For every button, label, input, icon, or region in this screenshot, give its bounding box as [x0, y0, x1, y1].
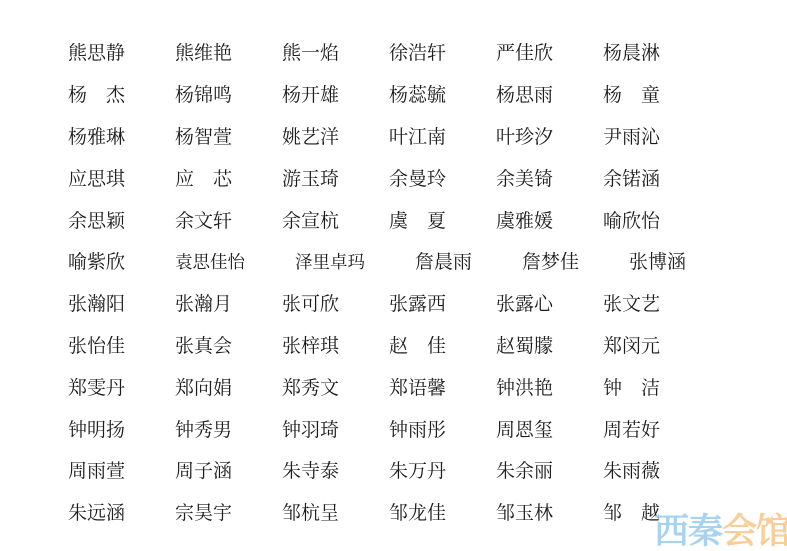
name-row: 应思琪 应 芯 游玉琦 余曼玲 余美锜 余锘涵: [0, 158, 787, 200]
name-cell: 宗昊宇: [175, 504, 232, 523]
name-cell: 张瀚阳: [68, 295, 125, 314]
name-cell: 杨雅琳: [68, 128, 125, 147]
name-row: 余思颖 余文轩 余宣杭 虞 夏 虞雅媛 喻欣怡: [0, 200, 787, 242]
name-cell: 钟雨彤: [389, 421, 446, 440]
name-cell: 应思琪: [68, 170, 125, 189]
name-cell: 袁思佳怡: [175, 254, 245, 272]
name-cell: 张露心: [496, 295, 553, 314]
name-row: 喻紫欣 袁思佳怡 泽里卓玛 詹晨雨 詹梦佳 张博涵: [0, 242, 787, 284]
name-cell: 钟明扬: [68, 421, 125, 440]
watermark: 西秦会馆: [654, 514, 787, 549]
name-cell: 邹 越: [603, 504, 660, 523]
name-cell: 熊一焰: [282, 44, 339, 63]
name-cell: 钟 洁: [603, 379, 660, 398]
name-cell: 朱余丽: [496, 462, 553, 481]
name-cell: 周雨萱: [68, 462, 125, 481]
name-cell: 应 芯: [175, 170, 232, 189]
name-cell: 钟羽琦: [282, 421, 339, 440]
name-cell: 喻欣怡: [603, 212, 660, 231]
name-cell: 杨思雨: [496, 86, 553, 105]
name-cell: 严佳欣: [496, 44, 553, 63]
name-cell: 杨 童: [603, 86, 660, 105]
name-cell: 叶珍汐: [496, 128, 553, 147]
name-cell: 余思颖: [68, 212, 125, 231]
name-cell: 余文轩: [175, 212, 232, 231]
name-cell: 郑向娟: [175, 379, 232, 398]
name-cell: 邹玉林: [496, 504, 553, 523]
name-cell: 杨 杰: [68, 86, 125, 105]
name-row: 张瀚阳 张瀚月 张可欣 张露西 张露心 张文艺: [0, 284, 787, 326]
name-cell: 余宣杭: [282, 212, 339, 231]
name-cell: 泽里卓玛: [295, 254, 365, 272]
name-cell: 朱万丹: [389, 462, 446, 481]
name-grid: 熊思静 熊维艳 熊一焰 徐浩轩 严佳欣 杨晨淋 杨 杰 杨锦鸣 杨开雄 杨蕊毓 …: [0, 33, 787, 535]
name-cell: 郑雯丹: [68, 379, 125, 398]
name-cell: 郑闵元: [603, 337, 660, 356]
name-cell: 周恩玺: [496, 421, 553, 440]
name-cell: 余曼玲: [389, 170, 446, 189]
name-cell: 张梓琪: [282, 337, 339, 356]
name-row: 周雨萱 周子涵 朱寺泰 朱万丹 朱余丽 朱雨薇: [0, 451, 787, 493]
name-cell: 朱寺泰: [282, 462, 339, 481]
name-cell: 郑语馨: [389, 379, 446, 398]
name-cell: 周子涵: [175, 462, 232, 481]
name-cell: 叶江南: [389, 128, 446, 147]
name-cell: 杨蕊毓: [389, 86, 446, 105]
document-page: 熊思静 熊维艳 熊一焰 徐浩轩 严佳欣 杨晨淋 杨 杰 杨锦鸣 杨开雄 杨蕊毓 …: [0, 0, 787, 551]
name-cell: 周若好: [603, 421, 660, 440]
name-cell: 赵 佳: [389, 337, 446, 356]
name-row: 张怡佳 张真会 张梓琪 赵 佳 赵蜀朦 郑闵元: [0, 326, 787, 368]
name-cell: 朱远涵: [68, 504, 125, 523]
name-cell: 钟秀男: [175, 421, 232, 440]
name-cell: 杨开雄: [282, 86, 339, 105]
name-cell: 余锘涵: [603, 170, 660, 189]
name-cell: 尹雨沁: [603, 128, 660, 147]
name-cell: 姚艺洋: [282, 128, 339, 147]
name-cell: 张露西: [389, 295, 446, 314]
name-cell: 杨晨淋: [603, 44, 660, 63]
name-row: 杨 杰 杨锦鸣 杨开雄 杨蕊毓 杨思雨 杨 童: [0, 75, 787, 117]
name-cell: 邹杭呈: [282, 504, 339, 523]
name-cell: 喻紫欣: [68, 253, 125, 272]
name-cell: 游玉琦: [282, 170, 339, 189]
watermark-huiguan-text: 会馆: [722, 512, 787, 551]
name-cell: 张博涵: [629, 253, 686, 272]
name-row: 郑雯丹 郑向娟 郑秀文 郑语馨 钟洪艳 钟 洁: [0, 367, 787, 409]
name-cell: 张可欣: [282, 295, 339, 314]
name-cell: 张怡佳: [68, 337, 125, 356]
name-cell: 余美锜: [496, 170, 553, 189]
name-cell: 虞 夏: [389, 212, 446, 231]
name-cell: 钟洪艳: [496, 379, 553, 398]
name-cell: 朱雨薇: [603, 462, 660, 481]
name-cell: 詹晨雨: [415, 253, 472, 272]
name-cell: 虞雅媛: [496, 212, 553, 231]
name-cell: 郑秀文: [282, 379, 339, 398]
name-cell: 詹梦佳: [522, 253, 579, 272]
name-cell: 熊思静: [68, 44, 125, 63]
name-cell: 杨智萱: [175, 128, 232, 147]
name-cell: 邹龙佳: [389, 504, 446, 523]
watermark-xiqin-text: 西秦: [654, 512, 722, 551]
name-cell: 赵蜀朦: [496, 337, 553, 356]
name-cell: 张真会: [175, 337, 232, 356]
name-row: 熊思静 熊维艳 熊一焰 徐浩轩 严佳欣 杨晨淋: [0, 33, 787, 75]
name-cell: 杨锦鸣: [175, 86, 232, 105]
name-row: 杨雅琳 杨智萱 姚艺洋 叶江南 叶珍汐 尹雨沁: [0, 117, 787, 159]
name-cell: 张文艺: [603, 295, 660, 314]
name-cell: 徐浩轩: [389, 44, 446, 63]
name-cell: 张瀚月: [175, 295, 232, 314]
name-row: 钟明扬 钟秀男 钟羽琦 钟雨彤 周恩玺 周若好: [0, 409, 787, 451]
name-cell: 熊维艳: [175, 44, 232, 63]
